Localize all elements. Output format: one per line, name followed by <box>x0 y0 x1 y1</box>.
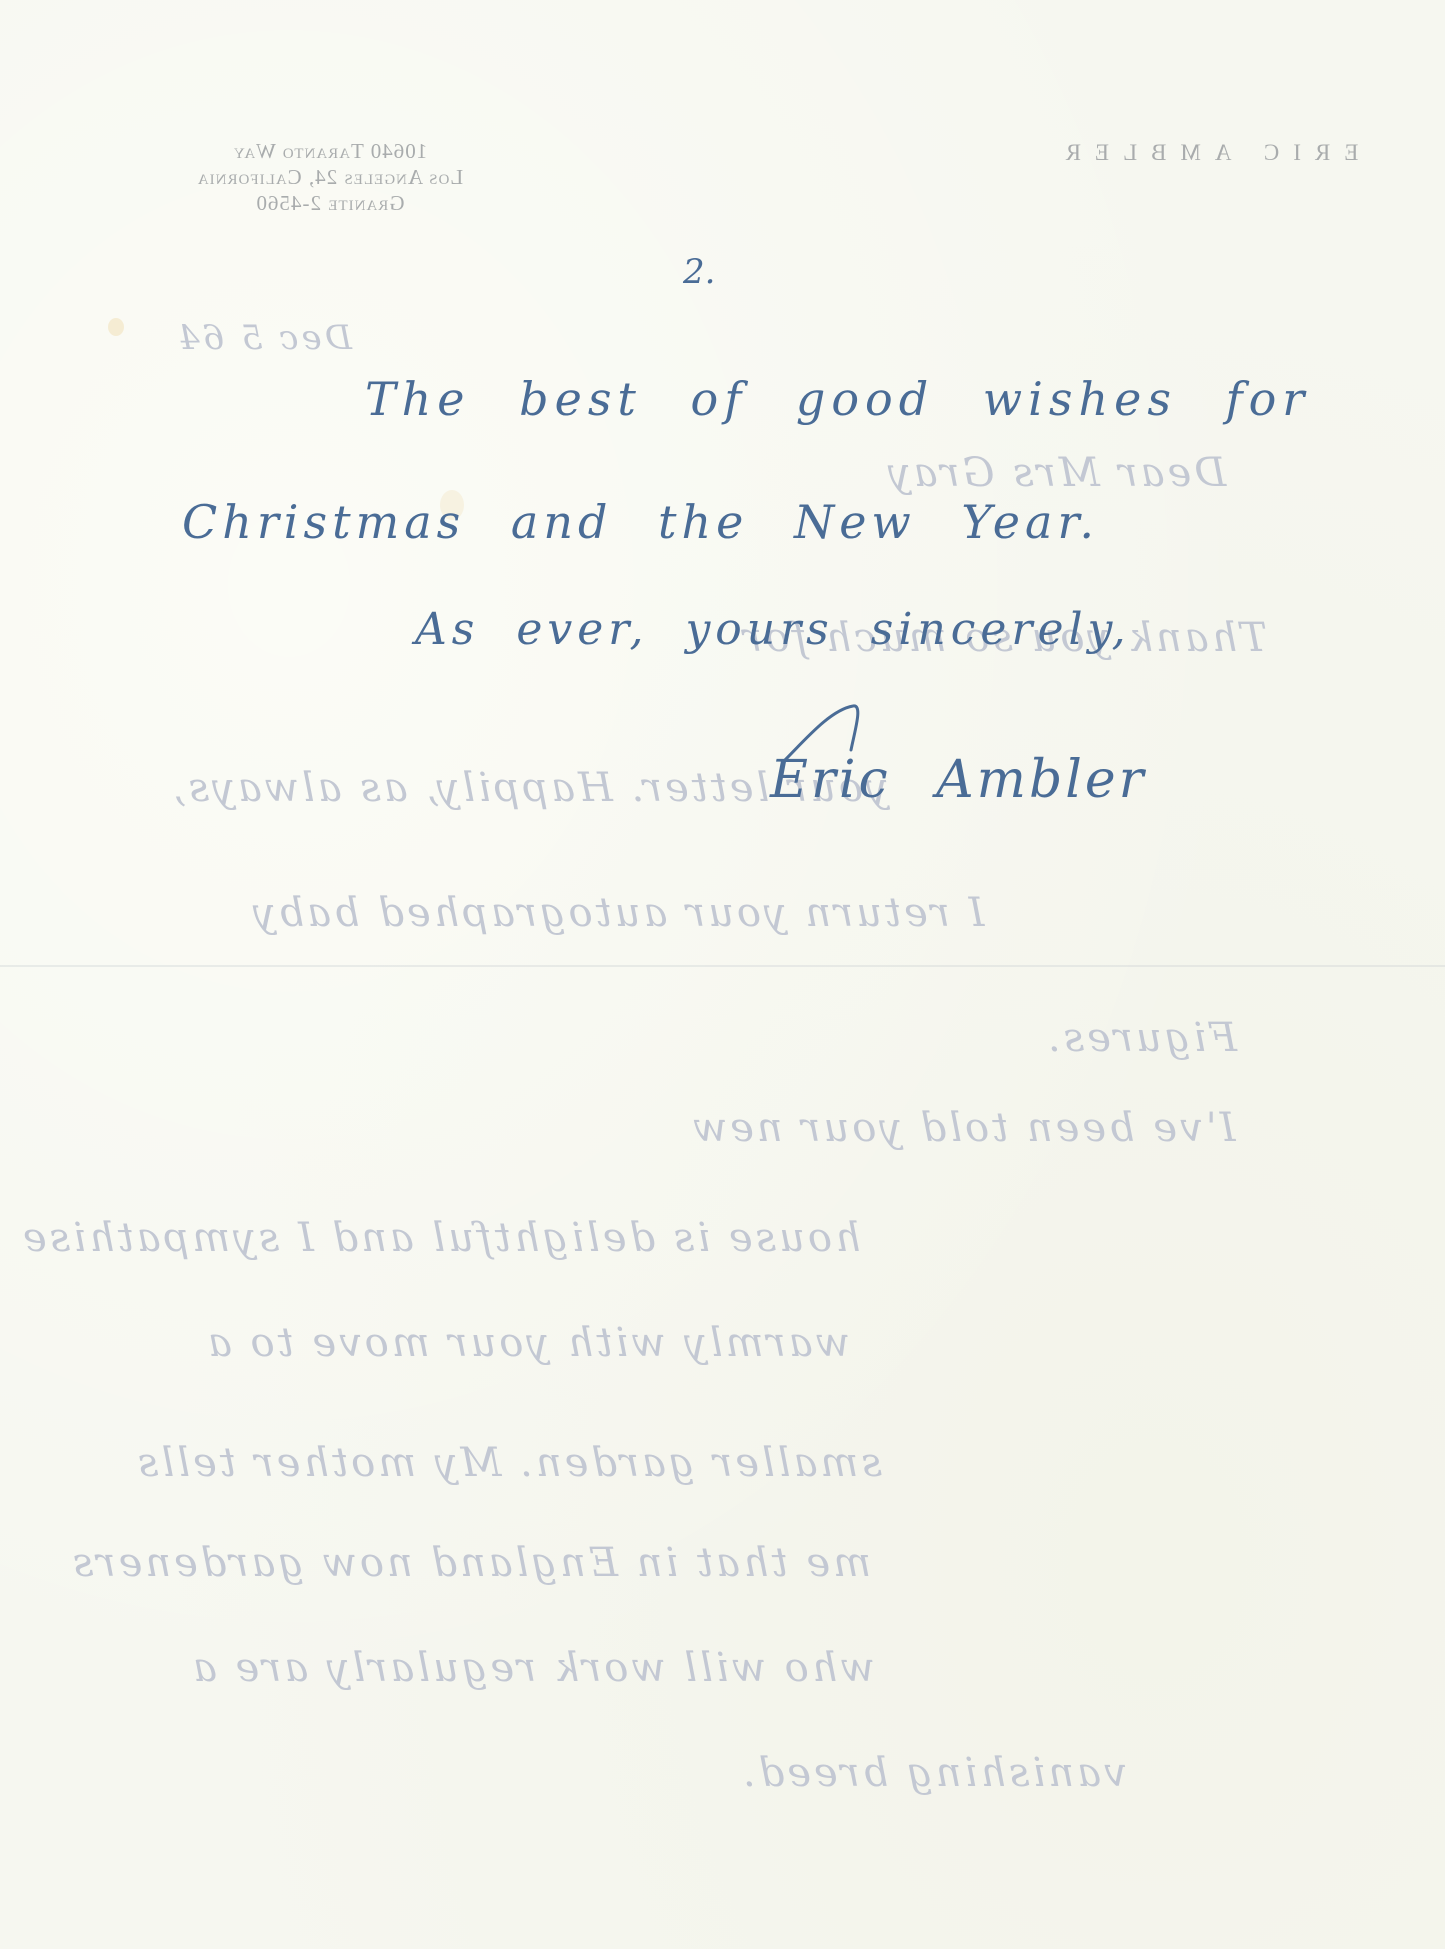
bleed-through-line: who will work regularly are a <box>190 1645 875 1691</box>
bleed-through-line: smaller garden. My mother tells <box>135 1440 882 1486</box>
letterhead-address: 10640 Taranto Way Los Angeles 24, Califo… <box>100 138 560 216</box>
letterhead-address-line: Granite 2-4560 <box>100 190 560 216</box>
paper-stain <box>108 318 124 336</box>
bleed-through-line: Figures. <box>1045 1015 1237 1061</box>
letter-body-line: Christmas and the New Year. <box>182 495 1099 549</box>
letter-body-line: The best of good wishes for <box>365 372 1310 426</box>
bleed-through-line: warmly with your move to a <box>205 1320 850 1366</box>
bleed-through-line: vanishing breed. <box>740 1750 1127 1796</box>
bleed-through-line: I've been told your new <box>690 1105 1235 1151</box>
bleed-through-line: Dear Mrs Gray <box>885 450 1226 496</box>
bleed-through-line: I return your autographed baby <box>250 890 984 936</box>
letterhead-address-line: 10640 Taranto Way <box>100 138 560 164</box>
letterhead-address-line: Los Angeles 24, California <box>100 164 560 190</box>
letter-closing: As ever, yours sincerely, <box>415 604 1131 655</box>
signature: Eric Ambler <box>770 750 1147 810</box>
bleed-through-line: me that in England now gardeners <box>70 1540 871 1586</box>
bleed-through-line: Dec 5 64 <box>175 318 352 358</box>
page-number: 2. <box>683 252 715 292</box>
bleed-through-line: house is delightful and I sympathise <box>20 1215 861 1261</box>
letterhead-name: ERIC AMBLER <box>1040 140 1370 166</box>
fold-crease <box>0 965 1445 967</box>
